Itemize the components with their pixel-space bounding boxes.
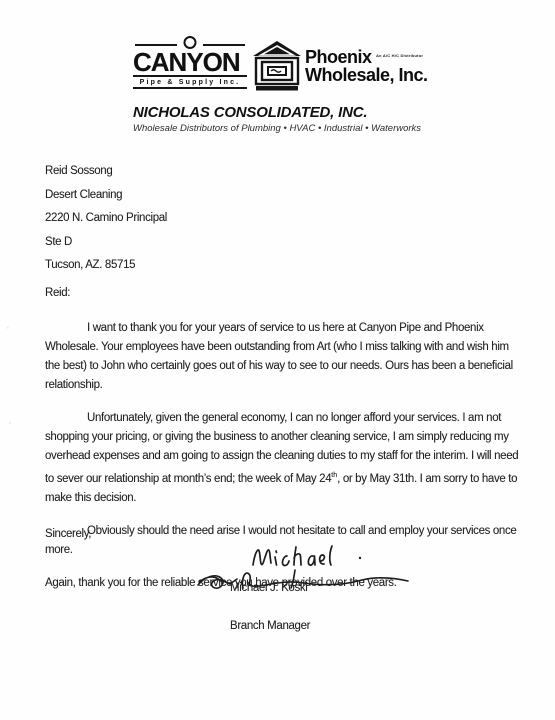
- recipient-city: Tucson, AZ. 85715: [45, 254, 521, 278]
- typed-signer-name: Michael J. Koski: [230, 582, 307, 594]
- letter-paragraph: Unfortunately, given the general economy…: [45, 409, 521, 508]
- letterhead: CANYON Pipe & Supply Inc. Phoenix: [133, 36, 428, 134]
- phoenix-wordmark-line1: Phoenix: [305, 47, 372, 67]
- closing: Sincerely,: [45, 526, 521, 542]
- recipient-company: Desert Cleaning: [45, 184, 521, 208]
- warehouse-icon: [251, 40, 303, 97]
- canyon-wordmark: CANYON: [133, 49, 247, 75]
- recipient-name: Reid Sossong: [45, 160, 521, 184]
- canyon-logo-ornament: [133, 36, 247, 49]
- scan-artifact: ’: [7, 326, 9, 335]
- recipient-suite: Ste D: [45, 231, 521, 255]
- canyon-logo: CANYON Pipe & Supply Inc.: [133, 36, 247, 89]
- scan-artifact: ‘: [9, 421, 11, 430]
- phoenix-distributor-note: An A/C H/C Distributor: [376, 53, 423, 58]
- phoenix-wholesale-wordmark: Phoenix An A/C H/C Distributor Wholesale…: [305, 47, 428, 84]
- letter-page: CANYON Pipe & Supply Inc. Phoenix: [0, 0, 555, 720]
- handwritten-signature: [195, 542, 415, 604]
- recipient-street: 2220 N. Camino Principal: [45, 207, 521, 231]
- salutation: Reid:: [45, 282, 521, 306]
- letter-paragraph: I want to thank you for your years of se…: [45, 319, 521, 395]
- pen-dot: [359, 557, 361, 559]
- company-name: NICHOLAS CONSOLIDATED, INC.: [133, 104, 428, 121]
- signature-section: Sincerely, Michael J. Koski Branch Manag…: [45, 526, 521, 666]
- phoenix-wordmark-line2: Wholesale, Inc.: [305, 67, 428, 84]
- canyon-subtext: Pipe & Supply Inc.: [133, 75, 247, 89]
- recipient-block: Reid Sossong Desert Cleaning 2220 N. Cam…: [45, 160, 521, 278]
- signer-title: Branch Manager: [230, 620, 310, 632]
- company-tagline: Wholesale Distributors of Plumbing • HVA…: [133, 123, 428, 134]
